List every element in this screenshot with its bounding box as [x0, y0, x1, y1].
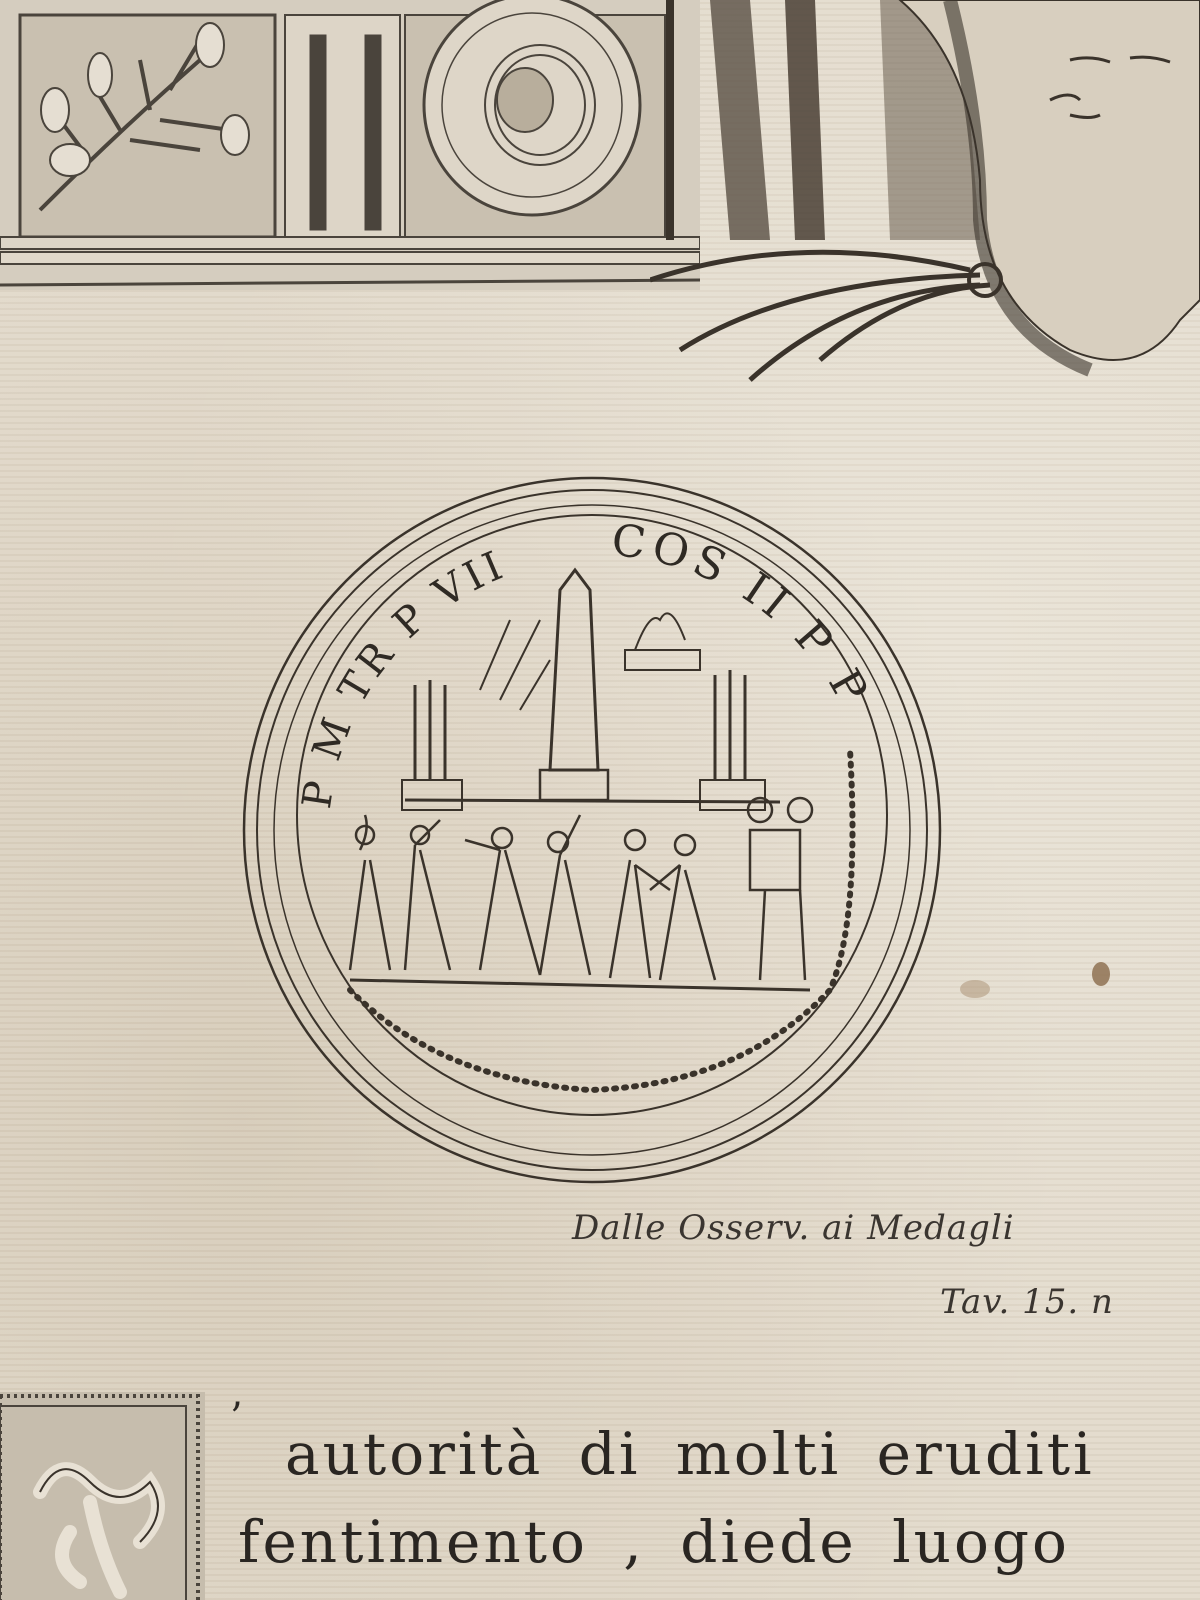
roman-medal-engraving: P M TR P VII COS II P P	[240, 470, 950, 1190]
body-text-line-1: autorità di molti eruditi	[285, 1420, 1095, 1488]
caption-source: Dalle Osserv. ai Medagli	[572, 1208, 1015, 1248]
body-text-line-2: fentimento , diede luogo	[238, 1508, 1070, 1576]
foxing-stain	[1092, 962, 1110, 986]
decorative-initial-frame	[0, 1392, 205, 1600]
female-head-engraving	[650, 0, 1200, 400]
svg-text:P M TR P VII: P M TR P VII	[294, 542, 513, 812]
caption-plate-number: Tav. 15. n	[940, 1282, 1114, 1322]
medal-legend-left: P M TR P VII	[294, 542, 513, 812]
opening-quote: ’	[230, 1395, 243, 1441]
architectural-frieze	[0, 0, 700, 290]
foxing-stain	[960, 980, 990, 998]
